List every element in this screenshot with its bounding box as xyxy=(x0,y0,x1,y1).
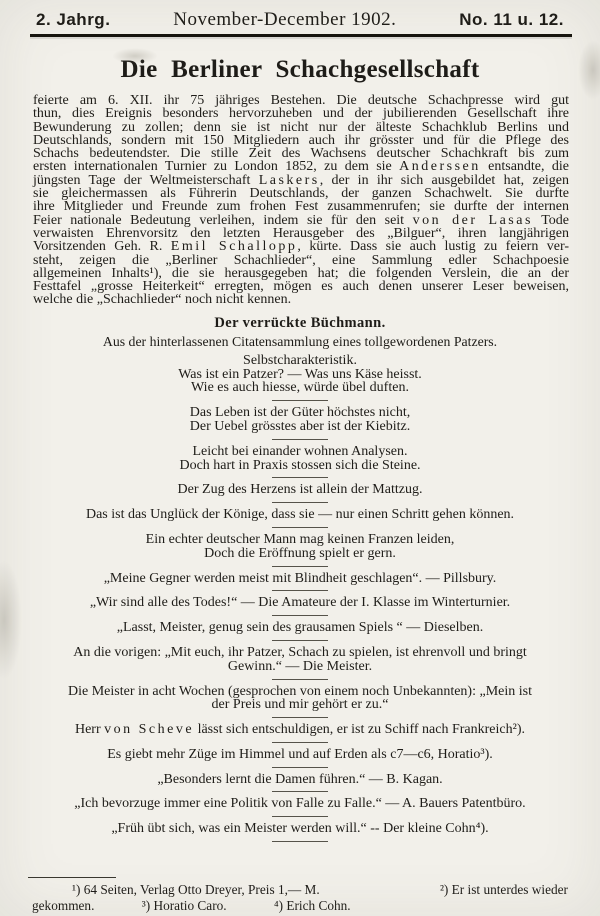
footnote-area: ¹) 64 Seiten, Verlag Otto Dreyer, Preis … xyxy=(0,877,600,913)
verse-line: Es giebt mehr Züge im Himmel und auf Erd… xyxy=(30,748,570,762)
intro-line: Deutschlands, sondern mit 150 Mitglieder… xyxy=(33,134,569,147)
verse: Selbstcharakteristik.Was ist ein Patzer?… xyxy=(30,354,570,395)
verse-list: Selbstcharakteristik.Was ist ein Patzer?… xyxy=(30,354,570,842)
section-heading: Der verrückte Büchmann. xyxy=(0,315,600,332)
verse-line: „Meine Gegner werden meist mit Blindheit… xyxy=(30,572,570,586)
scan-smudge xyxy=(0,560,22,680)
verse-divider xyxy=(272,767,328,768)
verse: Leicht bei einander wohnen Analysen.Doch… xyxy=(30,445,570,473)
verse: Die Meister in acht Wochen (gesprochen v… xyxy=(30,685,570,713)
verse-divider xyxy=(272,502,328,503)
issue-number: No. 11 u. 12. xyxy=(459,10,564,30)
page-title: Die Berliner Schachgesellschaft xyxy=(0,56,600,84)
section-subheading: Aus der hinterlassenen Citatensammlung e… xyxy=(0,334,600,350)
verse-divider xyxy=(272,400,328,401)
verse-line: Die Meister in acht Wochen (gesprochen v… xyxy=(30,685,570,699)
verse: An die vorigen: „Mit euch, ihr Patzer, S… xyxy=(30,646,570,674)
verse-line: „Wir sind alle des Todes!“ — Die Amateur… xyxy=(30,596,570,610)
intro-line: ihre Mitglieder und Freunde zum frohen F… xyxy=(33,200,569,213)
verse: Ein echter deutscher Mann mag keinen Fra… xyxy=(30,533,570,561)
verse-divider xyxy=(272,566,328,567)
verse-line: Selbstcharakteristik. xyxy=(30,354,570,368)
verse-line: Das Leben ist der Güter höchstes nicht, xyxy=(30,406,570,420)
verse-line: „Lasst, Meister, genug sein des grausame… xyxy=(30,621,570,635)
verse-line: der Preis und mir gehört er zu.“ xyxy=(30,698,570,712)
verse-divider xyxy=(272,742,328,743)
verse: „Früh übt sich, was ein Meister werden w… xyxy=(30,822,570,836)
verse: „Meine Gegner werden meist mit Blindheit… xyxy=(30,572,570,586)
intro-line: jüngsten Tage der Weltmeisterschaft Lask… xyxy=(33,174,569,187)
intro-paragraph: feierte am 6. XII. ihr 75 jähriges Beste… xyxy=(33,94,569,307)
verse-line: Das ist das Unglück der Könige, dass sie… xyxy=(30,508,570,522)
letterspaced-name: von Scheve xyxy=(104,722,194,737)
verse-divider xyxy=(272,527,328,528)
verse-line: „Besonders lernt die Damen führen.“ — B.… xyxy=(30,773,570,787)
intro-line: verwaisten Ehrenvorsitz den letzten Hera… xyxy=(33,227,569,240)
intro-line: Festtafel „grosse Heiterkeit“ erregten, … xyxy=(33,280,569,293)
intro-line: thun, dies Ereignis besonders hervorzuhe… xyxy=(33,107,569,120)
intro-line: Vorsitzenden Geh. R. Emil Schallopp, kür… xyxy=(33,240,569,253)
issue-date: November-December 1902. xyxy=(173,9,396,31)
verse: Das Leben ist der Güter höchstes nicht,D… xyxy=(30,406,570,434)
intro-line: Feier nationale Bedeutung verleihen, ind… xyxy=(33,214,569,227)
verse: Der Zug des Herzens ist allein der Mattz… xyxy=(30,483,570,497)
verse-divider xyxy=(272,477,328,478)
intro-line: sie gleichermassen als Führerin Deutschl… xyxy=(33,187,569,200)
verse-divider xyxy=(272,791,328,792)
verse-divider xyxy=(272,679,328,680)
verse: „Lasst, Meister, genug sein des grausame… xyxy=(30,621,570,635)
verse: Das ist das Unglück der Könige, dass sie… xyxy=(30,508,570,522)
verse-line: Gewinn.“ — Die Meister. xyxy=(30,660,570,674)
verse-divider xyxy=(272,590,328,591)
verse-line: Doch hart in Praxis stossen sich die Ste… xyxy=(30,459,570,473)
verse-line: Wie es auch hiesse, würde übel duften. xyxy=(30,381,570,395)
verse-line: Leicht bei einander wohnen Analysen. xyxy=(30,445,570,459)
verse-line: Ein echter deutscher Mann mag keinen Fra… xyxy=(30,533,570,547)
footnote-2: ²) Er ist unterdes wieder xyxy=(440,882,568,898)
scanned-journal-page: 2. Jahrg. November-December 1902. No. 11… xyxy=(0,0,600,916)
footnote-4: ⁴) Erich Cohn. xyxy=(274,898,351,913)
verse: „Wir sind alle des Todes!“ — Die Amateur… xyxy=(30,596,570,610)
verse-line: „Ich bevorzuge immer eine Politik von Fa… xyxy=(30,797,570,811)
verse-divider xyxy=(272,439,328,440)
verse-divider xyxy=(272,615,328,616)
intro-line: steht, zeigen die „Berliner Schachlieder… xyxy=(33,254,569,267)
footnote-separator-rule xyxy=(28,877,116,878)
verse-line: Was ist ein Patzer? — Was uns Käse heiss… xyxy=(30,368,570,382)
footnote-line: gekommen. ³) Horatio Caro. ⁴) Erich Cohn… xyxy=(32,898,568,914)
verse-divider xyxy=(272,841,328,842)
verse-line: Der Zug des Herzens ist allein der Mattz… xyxy=(30,483,570,497)
intro-line: welche die „Schachlieder“ noch nicht ken… xyxy=(33,293,569,306)
verse-line: Der Uebel grösstes aber ist der Kiebitz. xyxy=(30,420,570,434)
intro-line: ersten internationalen Turnier zu London… xyxy=(33,160,569,173)
verse-divider xyxy=(272,717,328,718)
intro-line: feierte am 6. XII. ihr 75 jähriges Beste… xyxy=(33,94,569,107)
journal-volume: 2. Jahrg. xyxy=(36,10,110,30)
verse: „Besonders lernt die Damen führen.“ — B.… xyxy=(30,773,570,787)
verse-divider xyxy=(272,816,328,817)
intro-line: Schachs bedeutendster. Die stille Zeit d… xyxy=(33,147,569,160)
intro-line: allgemeinen Inhalts¹), die sie herausgeg… xyxy=(33,267,569,280)
masthead: 2. Jahrg. November-December 1902. No. 11… xyxy=(0,0,600,31)
verse-divider xyxy=(272,640,328,641)
footnote-line: ¹) 64 Seiten, Verlag Otto Dreyer, Preis … xyxy=(32,882,568,898)
footnote-1: ¹) 64 Seiten, Verlag Otto Dreyer, Preis … xyxy=(72,882,320,898)
verse-line: „Früh übt sich, was ein Meister werden w… xyxy=(30,822,570,836)
verse: Es giebt mehr Züge im Himmel und auf Erd… xyxy=(30,748,570,762)
verse-line: Doch die Eröffnung spielt er gern. xyxy=(30,547,570,561)
header-rule xyxy=(30,34,572,37)
verse: „Ich bevorzuge immer eine Politik von Fa… xyxy=(30,797,570,811)
intro-line: Bewunderung zu zollen; denn sie ist nich… xyxy=(33,121,569,134)
footnote-2-continued: gekommen. xyxy=(32,898,94,913)
footnote-3: ³) Horatio Caro. xyxy=(142,898,227,913)
verse-line: An die vorigen: „Mit euch, ihr Patzer, S… xyxy=(30,646,570,660)
verse-line: Herr von Scheve lässt sich entschuldigen… xyxy=(30,723,570,737)
verse: Herr von Scheve lässt sich entschuldigen… xyxy=(30,723,570,737)
